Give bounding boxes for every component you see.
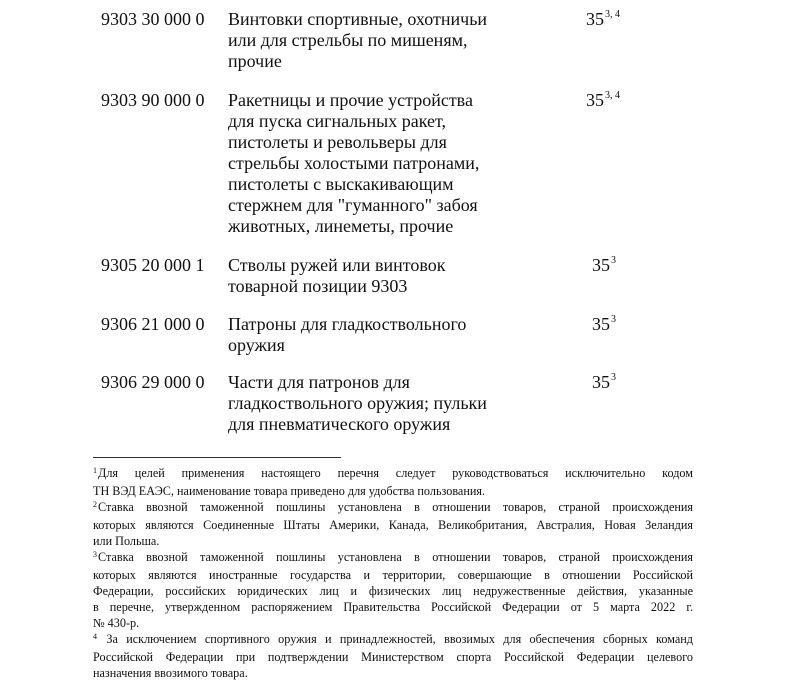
goods-description: Винтовки спортивные, охотничьи или для с… bbox=[228, 9, 518, 72]
duty-rate: 353, 4 bbox=[586, 90, 620, 114]
goods-description: Части для патронов для гладкоствольного … bbox=[228, 372, 518, 435]
footnote-mark: 2 bbox=[93, 500, 97, 509]
footnote-ref: 3, 4 bbox=[605, 9, 620, 20]
tnved-code: 9306 21 000 0 bbox=[101, 314, 205, 335]
tnved-code: 9306 29 000 0 bbox=[101, 372, 205, 393]
tnved-code: 9303 90 000 0 bbox=[101, 90, 205, 111]
footnote-ref: 3, 4 bbox=[605, 90, 620, 101]
goods-description: Патроны для гладкоствольного оружия bbox=[228, 314, 518, 356]
footnote-ref: 3 bbox=[611, 255, 616, 266]
footnote-1: 1Для целей применения настоящего перечня… bbox=[93, 465, 693, 499]
goods-description: Стволы ружей или винтовок товарной позиц… bbox=[228, 255, 518, 297]
tnved-code: 9303 30 000 0 bbox=[101, 9, 205, 30]
footnote-mark: 3 bbox=[93, 550, 97, 559]
footnote-ref: 3 bbox=[611, 372, 616, 383]
duty-rate: 353 bbox=[592, 314, 616, 338]
goods-description: Ракетницы и прочие устройства для пуска … bbox=[228, 90, 518, 237]
footnote-3: 3Ставка ввозной таможенной пошлины устан… bbox=[93, 549, 693, 631]
footnote-2: 2Ставка ввозной таможенной пошлины устан… bbox=[93, 499, 693, 549]
footnotes: 1Для целей применения настоящего перечня… bbox=[93, 465, 693, 681]
tnved-code: 9305 20 000 1 bbox=[101, 255, 205, 276]
duty-rate: 353, 4 bbox=[586, 9, 620, 33]
footnote-ref: 3 bbox=[611, 314, 616, 325]
footnote-mark: 1 bbox=[93, 466, 97, 475]
footnote-mark: 4 bbox=[93, 632, 97, 641]
duty-rate: 353 bbox=[592, 372, 616, 396]
footnote-4: 4 За исключением спортивного оружия и пр… bbox=[93, 631, 693, 681]
duty-rate: 353 bbox=[592, 255, 616, 279]
footnote-separator bbox=[93, 457, 341, 458]
